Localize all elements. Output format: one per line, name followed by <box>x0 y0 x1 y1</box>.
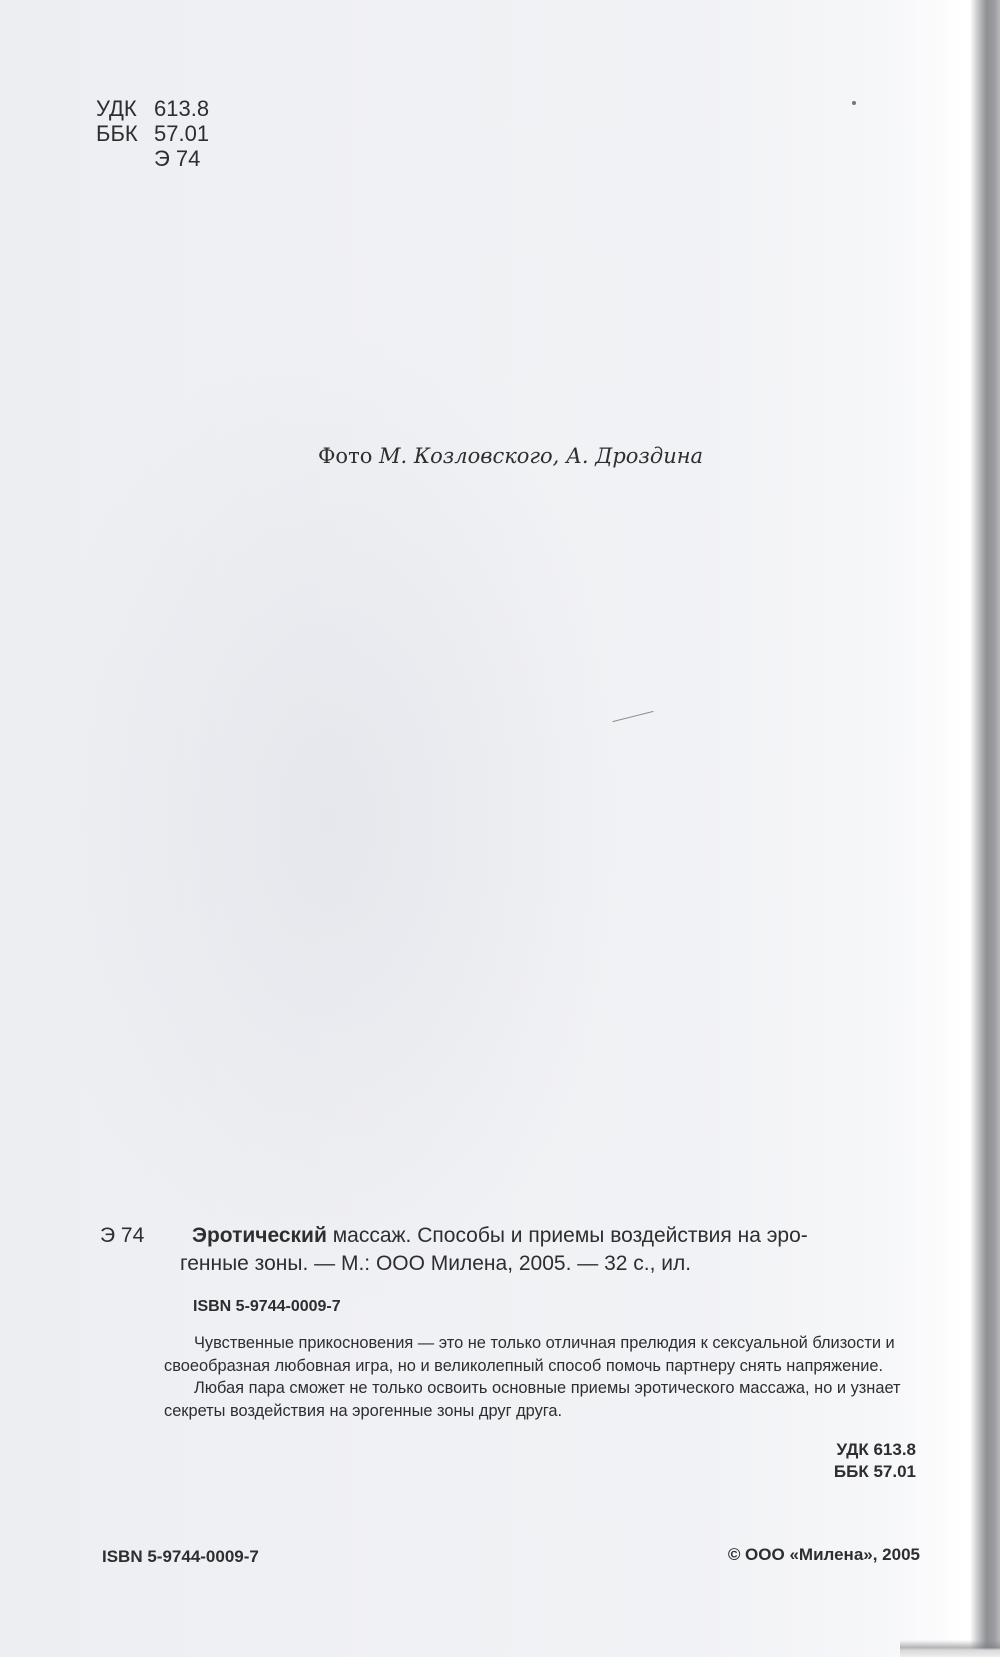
classification-codes-bottom: УДК 613.8 ББК 57.01 <box>834 1439 916 1483</box>
bbk-label: ББК <box>96 121 154 146</box>
annotation-paragraph: Чувственные прикосновения — это не тольк… <box>164 1332 918 1377</box>
bbk-code: ББК 57.01 <box>834 1461 916 1483</box>
bbk-value: 57.01 <box>154 121 209 146</box>
photo-credit-names: М. Козловского, А. Дроздина <box>379 444 703 468</box>
classification-codes-top: УДК 613.8 ББК 57.01 Э 74 <box>96 96 209 171</box>
udk-code: УДК 613.8 <box>834 1439 916 1461</box>
entry-title-rest: массаж. Способы и приемы воздействия на … <box>327 1224 808 1247</box>
isbn-inner: ISBN 5-9744-0009-7 <box>193 1298 341 1316</box>
entry-code: Э 74 <box>100 1222 144 1250</box>
scan-speck <box>852 101 856 105</box>
entry-publication-info: генные зоны. — М.: ООО Милена, 2005. — 3… <box>180 1250 918 1278</box>
udk-value: 613.8 <box>154 96 209 121</box>
photo-credit-prefix: Фото <box>318 444 372 468</box>
book-spine-shadow <box>970 0 1000 1657</box>
scan-mark <box>613 711 654 722</box>
book-imprint-page: УДК 613.8 ББК 57.01 Э 74 Фото М. Козловс… <box>0 0 1000 1657</box>
isbn-footer: ISBN 5-9744-0009-7 <box>102 1547 259 1567</box>
annotation: Чувственные прикосновения — это не тольк… <box>164 1332 918 1422</box>
photo-credit: Фото М. Козловского, А. Дроздина <box>318 444 703 468</box>
annotation-paragraph: Любая пара сможет не только освоить осно… <box>164 1377 918 1422</box>
udk-label: УДК <box>96 96 154 121</box>
bibliographic-entry: Э 74 Эротический массаж. Способы и прием… <box>100 1222 918 1278</box>
page-bottom-edge <box>900 1640 1000 1657</box>
entry-title-bold: Эротический <box>192 1224 327 1247</box>
author-sign: Э 74 <box>154 146 200 171</box>
copyright-notice: © ООО «Милена», 2005 <box>728 1545 920 1565</box>
